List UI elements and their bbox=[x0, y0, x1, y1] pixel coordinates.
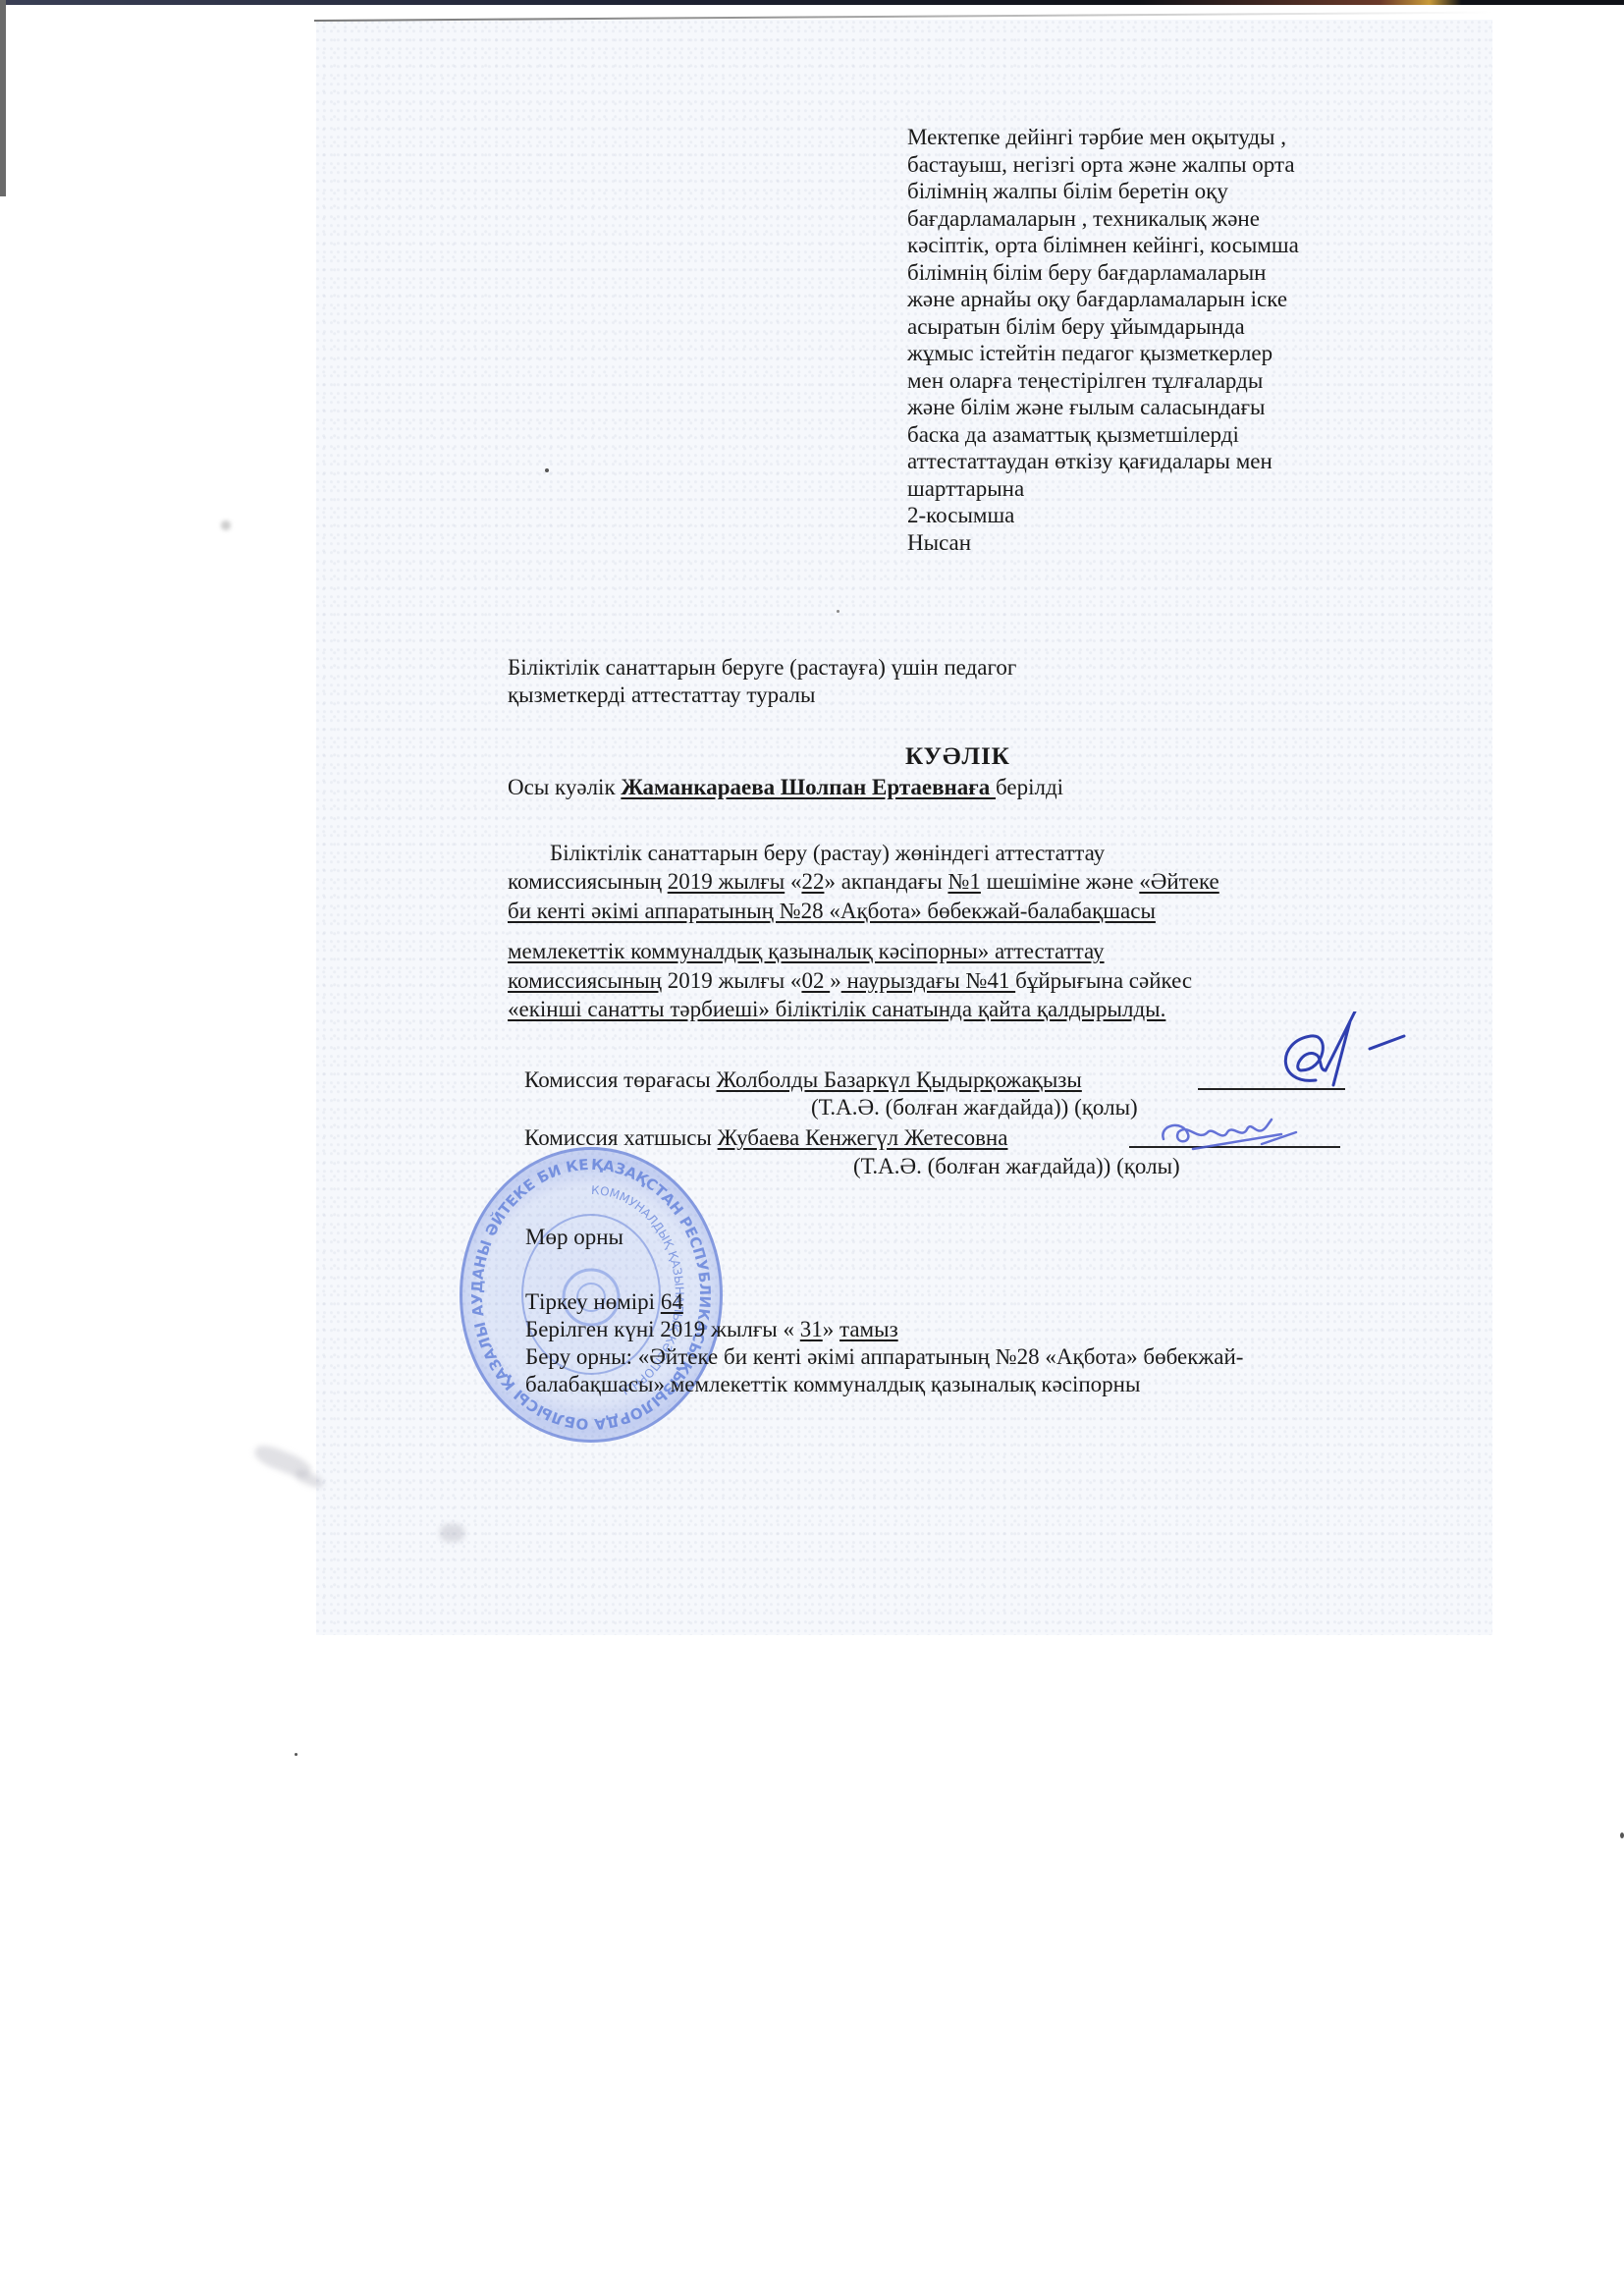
header-line: білімнің жалпы білім беретін оқу bbox=[907, 178, 1299, 205]
speck-mark bbox=[221, 520, 231, 530]
recipient-line: Осы куәлік Жаманкараева Шолпан Ертаевнағ… bbox=[508, 774, 1063, 801]
header-line: кәсіптік, орта білімнен кейінгі, косымша bbox=[907, 232, 1299, 259]
header-line: шарттарына bbox=[907, 475, 1299, 503]
speck-mark bbox=[837, 610, 839, 613]
header-line: баска да азаматтық қызметшілерді bbox=[907, 421, 1299, 449]
body-text: « bbox=[785, 869, 801, 894]
header-line: асыратын білім беру ұйымдарында bbox=[907, 313, 1299, 341]
secretary-caption: (Т.А.Ә. (болған жағдайда)) (қолы) bbox=[853, 1153, 1180, 1180]
body-line-6: «екінші санатты тәрбиеші» біліктілік сан… bbox=[508, 996, 1165, 1023]
body-text: » акпандағы bbox=[824, 869, 947, 894]
header-line: жұмыс істейтін педагог қызметкерлер bbox=[907, 340, 1299, 367]
issue-place-line-1: Беру орны: «Әйтеке би кенті әкімі аппара… bbox=[525, 1343, 1243, 1371]
body-line-3: би кенті әкімі аппаратының №28 «Ақбота» … bbox=[508, 898, 1156, 925]
body-text: бұйрығына сәйкес bbox=[1015, 968, 1192, 993]
issue-day: 31 bbox=[800, 1317, 823, 1341]
chair-caption: (Т.А.Ә. (болған жағдайда)) (қолы) bbox=[811, 1094, 1138, 1121]
issue-month: тамыз bbox=[839, 1317, 898, 1341]
body-text: комиссиясының bbox=[508, 869, 668, 894]
chair-name: Жолболды Базаркүл Қыдырқожақызы bbox=[717, 1067, 1082, 1092]
registration-number: 64 bbox=[661, 1289, 683, 1314]
subject-line-2: қызметкерді аттестаттау туралы bbox=[508, 682, 815, 709]
secretary-signature-icon bbox=[1154, 1115, 1301, 1154]
header-line: және арнайы оқу бағдарламаларын іске bbox=[907, 286, 1299, 313]
subject-line-1: Біліктілік санаттарын беруге (растауға) … bbox=[508, 654, 1016, 682]
speck-mark bbox=[1620, 1832, 1624, 1838]
speck-mark bbox=[295, 1753, 298, 1756]
secretary-label: Комиссия хатшысы bbox=[524, 1125, 718, 1150]
organization-name: «Әйтеке bbox=[1139, 869, 1219, 894]
order-month-number: наурыздағы №41 bbox=[841, 968, 1015, 993]
chair-signature-icon bbox=[1257, 1011, 1414, 1100]
header-line: аттестаттаудан өткізу қағидалары мен bbox=[907, 448, 1299, 475]
body-text: комиссиясының bbox=[508, 968, 662, 993]
order-day: 02 bbox=[801, 968, 830, 993]
issue-date-line: Берілген күні 2019 жылғы « 31» тамыз bbox=[525, 1316, 898, 1343]
form-label: Нысан bbox=[907, 529, 1299, 557]
body-text: шешіміне және bbox=[981, 869, 1139, 894]
scan-top-border bbox=[0, 0, 1624, 5]
chair-line: Комиссия төрағасы Жолболды Базаркүл Қыды… bbox=[524, 1066, 1082, 1094]
seal-place-label: Мөр орны bbox=[525, 1224, 623, 1251]
scan-smudge bbox=[440, 1524, 464, 1542]
scan-left-border bbox=[0, 0, 6, 196]
body-line-1: Біліктілік санаттарын беру (растау) жөні… bbox=[550, 840, 1105, 867]
date-separator: » bbox=[823, 1317, 839, 1341]
issue-place-line-2: балабақшасы» мемлекеттік коммуналдық қаз… bbox=[525, 1371, 1140, 1398]
header-line: Мектепке дейінгі тәрбие мен оқытуды , bbox=[907, 124, 1299, 151]
body-line-5: комиссиясының 2019 жылғы «02 » наурыздағ… bbox=[508, 967, 1192, 995]
body-line-4: мемлекеттік коммуналдық қазыналық кәсіпо… bbox=[508, 938, 1105, 965]
header-line: мен оларға теңестірілген тұлғаларды bbox=[907, 367, 1299, 395]
page-title: КУӘЛІК bbox=[905, 743, 1010, 771]
regulation-reference-block: Мектепке дейінгі тәрбие мен оқытуды , ба… bbox=[907, 124, 1299, 556]
body-line-2: комиссиясының 2019 жылғы «22» акпандағы … bbox=[508, 868, 1219, 896]
issued-prefix: Осы куәлік bbox=[508, 775, 621, 799]
chair-label: Комиссия төрағасы bbox=[524, 1067, 717, 1092]
speck-mark bbox=[545, 468, 549, 472]
header-line: білімнің білім беру бағдарламаларын bbox=[907, 259, 1299, 287]
decision-number: №1 bbox=[947, 869, 980, 894]
decision-day: 22 bbox=[801, 869, 824, 894]
registration-line: Тіркеу нөмірі 64 bbox=[525, 1288, 683, 1316]
body-text: » bbox=[830, 968, 841, 993]
registration-label: Тіркеу нөмірі bbox=[525, 1289, 661, 1314]
appendix-number: 2-косымша bbox=[907, 502, 1299, 529]
header-line: бастауыш, негізгі орта және жалпы орта bbox=[907, 151, 1299, 179]
issue-date-label: Берілген күні 2019 жылғы « bbox=[525, 1317, 800, 1341]
recipient-name: Жаманкараева Шолпан Ертаевнаға bbox=[621, 775, 996, 799]
header-line: және білім және ғылым саласындағы bbox=[907, 394, 1299, 421]
header-line: бағдарламаларын , техникалық және bbox=[907, 205, 1299, 233]
issued-suffix: берілді bbox=[996, 775, 1063, 799]
decision-year: 2019 жылғы bbox=[668, 869, 785, 894]
secretary-name: Жубаева Кенжегүл Жетесовна bbox=[718, 1125, 1008, 1150]
body-text: 2019 жылғы « bbox=[662, 968, 801, 993]
